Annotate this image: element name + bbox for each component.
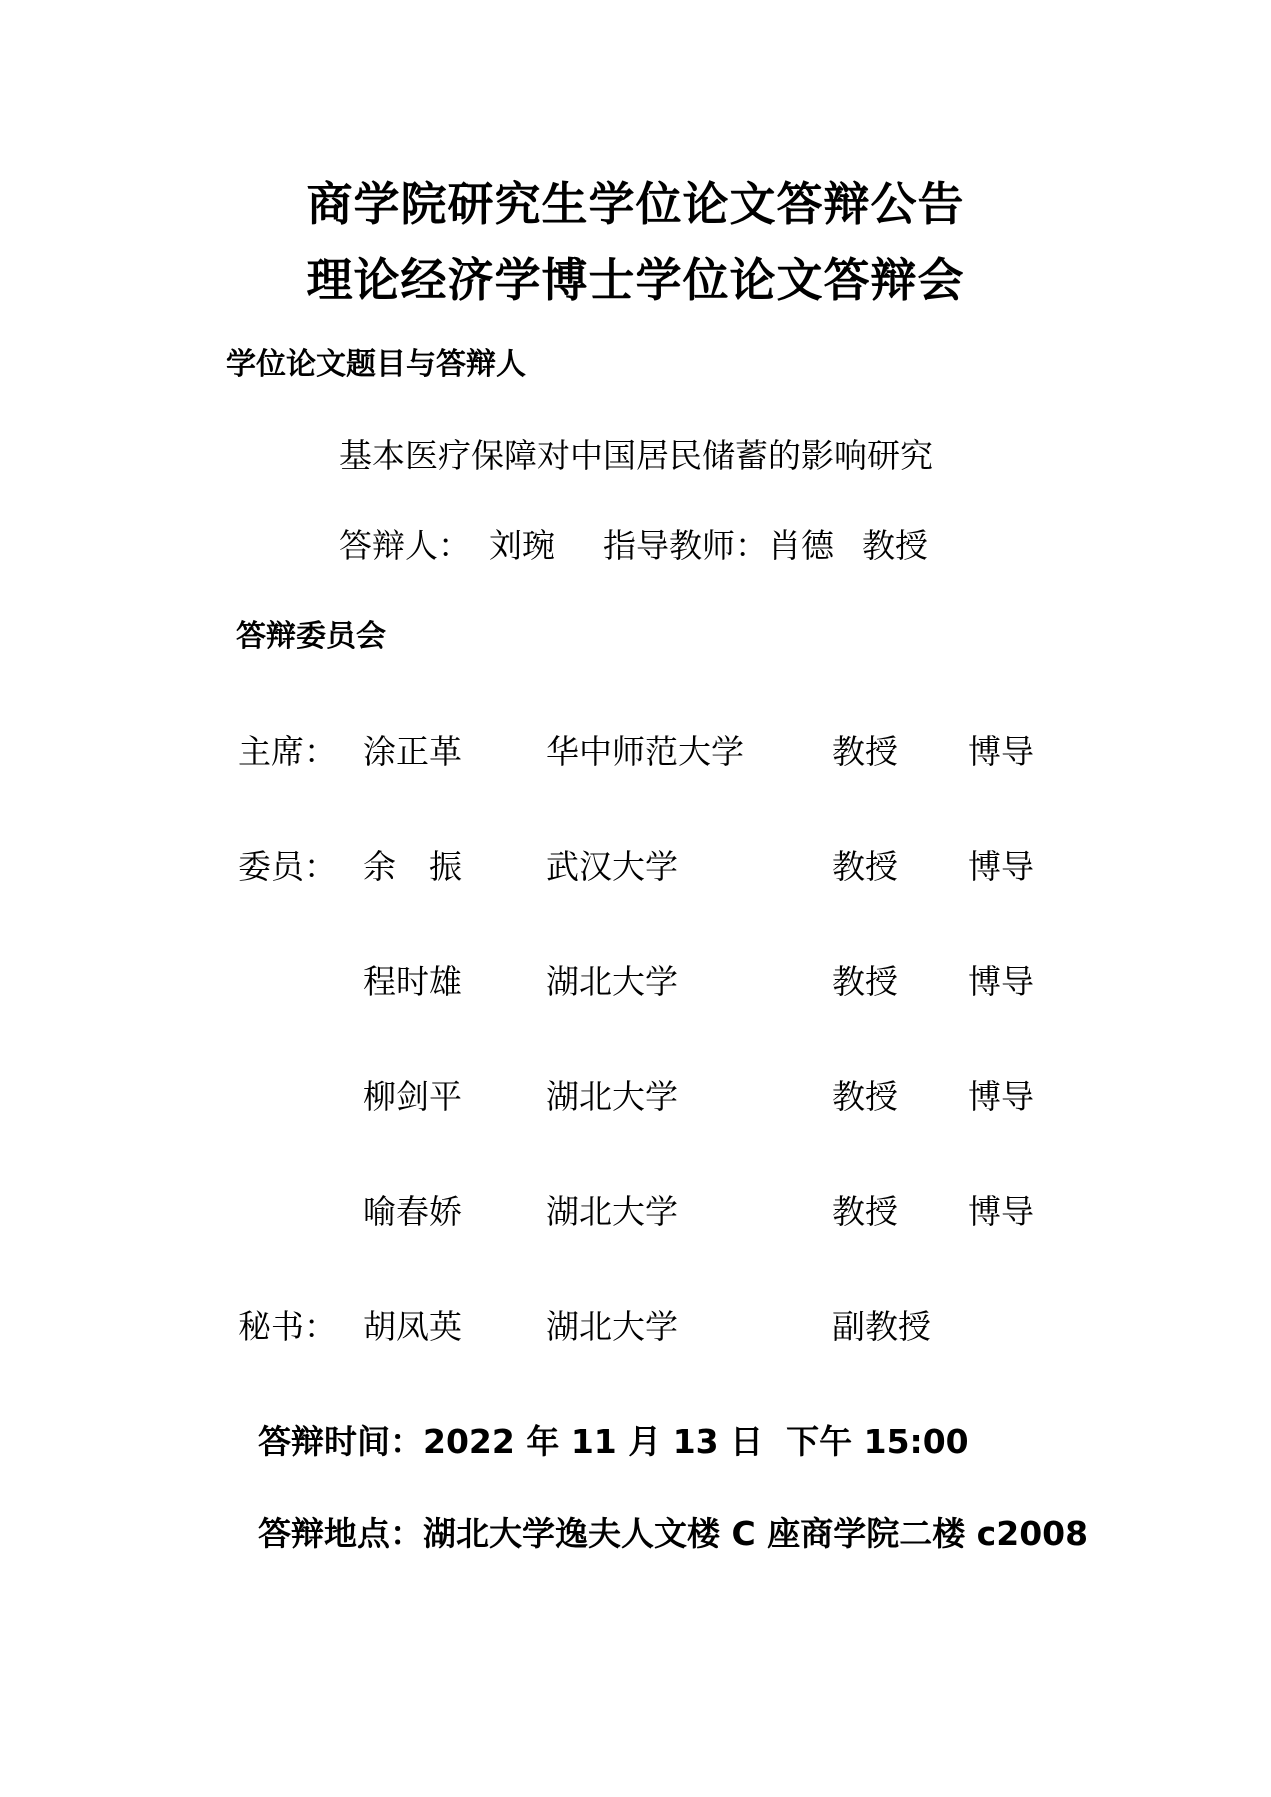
defender-name: 刘琬 (489, 526, 555, 565)
member-role: 秘书： (238, 1305, 337, 1349)
member-supervisor: 博导 (968, 845, 1034, 889)
member-institution: 湖北大学 (546, 1075, 678, 1119)
committee-row-member: 喻春娇 湖北大学 教授 博导 (0, 1190, 1271, 1234)
member-supervisor: 博导 (968, 730, 1034, 774)
defense-time-value: 2022 年 11 月 13 日 下午 15:00 (423, 1422, 969, 1461)
defense-time-label: 答辩时间： (258, 1422, 423, 1461)
committee-heading: 答辩委员会 (236, 617, 386, 657)
defense-meeting-title: 理论经济学博士学位论文答辩会 (0, 252, 1271, 308)
thesis-section-heading: 学位论文题目与答辩人 (226, 345, 526, 385)
member-name: 程时雄 (363, 960, 462, 1004)
member-name: 柳剑平 (363, 1075, 462, 1119)
advisor-name: 肖德 (768, 526, 834, 565)
member-name: 胡凤英 (363, 1305, 462, 1349)
member-title: 教授 (832, 1075, 898, 1119)
member-name: 喻春娇 (363, 1190, 462, 1234)
member-title: 教授 (832, 1190, 898, 1234)
announcement-title: 商学院研究生学位论文答辩公告 (0, 176, 1271, 232)
member-institution: 湖北大学 (546, 1305, 678, 1349)
member-supervisor: 博导 (968, 1075, 1034, 1119)
member-title: 教授 (832, 845, 898, 889)
thesis-title: 基本医疗保障对中国居民储蓄的影响研究 (339, 434, 933, 478)
member-title: 教授 (832, 730, 898, 774)
committee-row-member: 程时雄 湖北大学 教授 博导 (0, 960, 1271, 1004)
member-title: 教授 (832, 960, 898, 1004)
committee-row-member: 委员： 余 振 武汉大学 教授 博导 (0, 845, 1271, 889)
member-role: 主席： (238, 730, 337, 774)
member-institution: 湖北大学 (546, 960, 678, 1004)
member-supervisor: 博导 (968, 1190, 1034, 1234)
member-name: 余 振 (363, 845, 462, 889)
defense-place: 答辩地点：湖北大学逸夫人文楼 C 座商学院二楼 c2008 (258, 1512, 1088, 1556)
member-title: 副教授 (832, 1305, 931, 1349)
defender-line: 答辩人：刘琬指导教师：肖德教授 (339, 524, 928, 568)
member-name: 涂正革 (363, 730, 462, 774)
member-institution: 武汉大学 (546, 845, 678, 889)
defense-time: 答辩时间：2022 年 11 月 13 日 下午 15:00 (258, 1420, 969, 1464)
member-institution: 湖北大学 (546, 1190, 678, 1234)
defender-label: 答辩人： (339, 526, 471, 565)
advisor-title: 教授 (862, 526, 928, 565)
defense-place-value: 湖北大学逸夫人文楼 C 座商学院二楼 c2008 (423, 1514, 1088, 1553)
committee-row-member: 柳剑平 湖北大学 教授 博导 (0, 1075, 1271, 1119)
advisor-label: 指导教师： (603, 526, 768, 565)
committee-row-secretary: 秘书： 胡凤英 湖北大学 副教授 (0, 1305, 1271, 1349)
member-role: 委员： (238, 845, 337, 889)
defense-place-label: 答辩地点： (258, 1514, 423, 1553)
committee-row-chair: 主席： 涂正革 华中师范大学 教授 博导 (0, 730, 1271, 774)
member-institution: 华中师范大学 (546, 730, 744, 774)
member-supervisor: 博导 (968, 960, 1034, 1004)
